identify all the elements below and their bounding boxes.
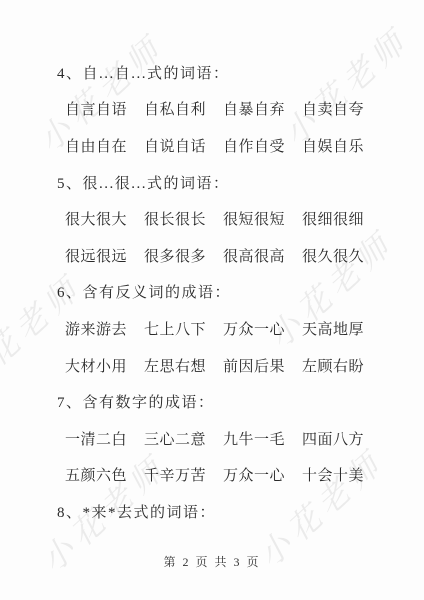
section-6-row-1: 游来游去 七上八下 万众一心 天高地厚 bbox=[0, 310, 424, 347]
word-phrase: 左思右想 bbox=[144, 355, 206, 376]
section-6-heading: 6、含有反义词的成语： bbox=[0, 274, 424, 311]
word-phrase: 三心二意 bbox=[144, 428, 206, 449]
word-phrase: 万众一心 bbox=[223, 318, 285, 339]
section-4-row-2: 自由自在 自说自话 自作自受 自娱自乐 bbox=[0, 127, 424, 164]
word-phrase: 很细很细 bbox=[302, 208, 364, 229]
word-phrase: 自言自语 bbox=[65, 98, 127, 119]
page-footer: 第 2 页 共 3 页 bbox=[0, 553, 424, 570]
section-4-heading: 4、自...自...式的词语： bbox=[0, 54, 424, 91]
word-phrase: 一清二白 bbox=[65, 428, 127, 449]
section-7-row-2: 五颜六色 千辛万苦 万众一心 十会十美 bbox=[0, 457, 424, 494]
section-5-row-1: 很大很大 很长很长 很短很短 很细很细 bbox=[0, 200, 424, 237]
section-8-heading: 8、*来*去式的词语： bbox=[0, 493, 424, 530]
word-phrase: 自卖自夸 bbox=[302, 98, 364, 119]
word-phrase: 很高很高 bbox=[223, 245, 285, 266]
word-phrase: 前因后果 bbox=[223, 355, 285, 376]
word-phrase: 自说自话 bbox=[144, 135, 206, 156]
word-phrase: 天高地厚 bbox=[302, 318, 364, 339]
word-phrase: 左顾右盼 bbox=[302, 355, 364, 376]
word-phrase: 很长很长 bbox=[144, 208, 206, 229]
word-phrase: 自暴自弃 bbox=[223, 98, 285, 119]
section-6-row-2: 大材小用 左思右想 前因后果 左顾右盼 bbox=[0, 347, 424, 384]
word-phrase: 千辛万苦 bbox=[144, 464, 206, 485]
section-7-row-1: 一清二白 三心二意 九牛一毛 四面八方 bbox=[0, 420, 424, 457]
word-phrase: 自作自受 bbox=[223, 135, 285, 156]
section-7-heading: 7、含有数字的成语： bbox=[0, 383, 424, 420]
worksheet-page: 小花老师 小花老师 小花老师 小花老师 小花老师 小花老师 4、自...自...… bbox=[0, 0, 424, 600]
word-phrase: 很久很久 bbox=[302, 245, 364, 266]
word-phrase: 很大很大 bbox=[65, 208, 127, 229]
word-phrase: 大材小用 bbox=[65, 355, 127, 376]
word-phrase: 七上八下 bbox=[144, 318, 206, 339]
word-phrase: 十会十美 bbox=[302, 464, 364, 485]
document-content: 4、自...自...式的词语： 自言自语 自私自利 自暴自弃 自卖自夸 自由自在… bbox=[0, 54, 424, 530]
word-phrase: 四面八方 bbox=[302, 428, 364, 449]
word-phrase: 游来游去 bbox=[65, 318, 127, 339]
word-phrase: 很远很远 bbox=[65, 245, 127, 266]
word-phrase: 很短很短 bbox=[223, 208, 285, 229]
section-5-row-2: 很远很远 很多很多 很高很高 很久很久 bbox=[0, 237, 424, 274]
word-phrase: 万众一心 bbox=[223, 464, 285, 485]
word-phrase: 自私自利 bbox=[144, 98, 206, 119]
word-phrase: 很多很多 bbox=[144, 245, 206, 266]
section-5-heading: 5、很...很...式的词语： bbox=[0, 164, 424, 201]
word-phrase: 五颜六色 bbox=[65, 464, 127, 485]
word-phrase: 九牛一毛 bbox=[223, 428, 285, 449]
section-4-row-1: 自言自语 自私自利 自暴自弃 自卖自夸 bbox=[0, 91, 424, 128]
word-phrase: 自由自在 bbox=[65, 135, 127, 156]
word-phrase: 自娱自乐 bbox=[302, 135, 364, 156]
